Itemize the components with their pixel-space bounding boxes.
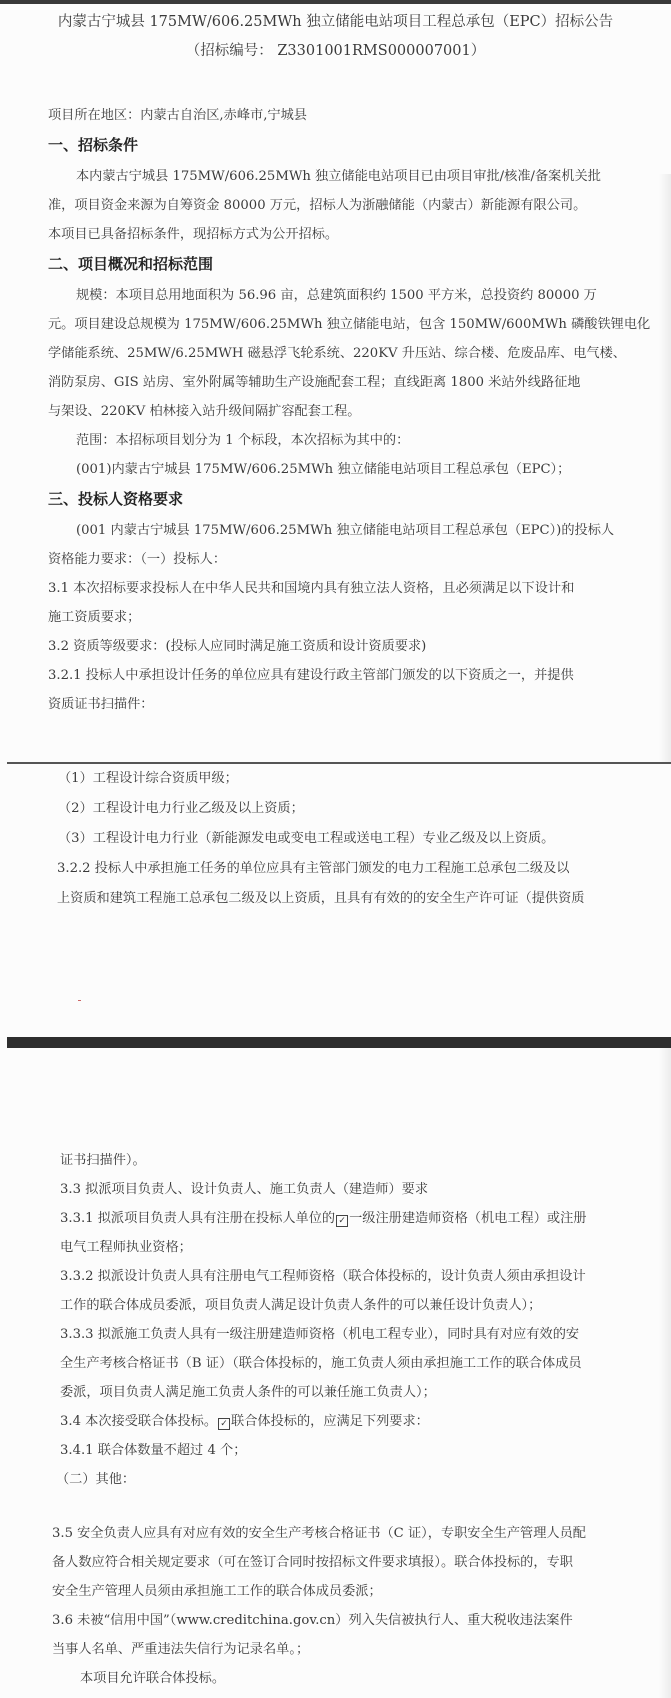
page-edge-shadow (659, 174, 671, 762)
paragraph-line: 资质证书扫描件： (48, 696, 154, 714)
paragraph-line: 安全生产管理人员须由承担施工工作的联合体成员委派； (52, 1583, 382, 1601)
section-heading-3: 三、投标人资格要求 (48, 490, 183, 508)
paragraph-line: 3.4.1 联合体数量不超过 4 个； (60, 1442, 246, 1460)
paragraph-line: 3.5 安全负责人应具有对应有效的安全生产考核合格证书（C 证），专职安全生产管… (52, 1525, 586, 1543)
paragraph-line: 资格能力要求：（一）投标人： (48, 551, 226, 569)
paragraph-line: 元。项目建设总规模为 175MW/606.25MWh 独立储能电站，包含 150… (48, 316, 650, 334)
paragraph-text: 3.4 本次接受联合体投标。 (60, 1414, 217, 1429)
section-heading-2: 二、项目概况和招标范围 (48, 255, 213, 273)
list-item: （2）工程设计电力行业乙级及以上资质； (58, 800, 304, 818)
section-heading-1: 一、招标条件 (48, 136, 138, 154)
document-title: 内蒙古宁城县 175MW/606.25MWh 独立储能电站项目工程总承包（EPC… (0, 13, 671, 31)
page-separator-thick (7, 1037, 671, 1048)
paragraph-line: 上资质和建筑工程施工总承包二级及以上资质，且具有有效的的安全生产许可证（提供资质 (57, 890, 585, 908)
paragraph-line: 3.2.1 投标人中承担设计任务的单位应具有建设行政主管部门颁发的以下资质之一，… (48, 667, 574, 685)
paragraph-line: 准，项目资金来源为自筹资金 80000 万元，招标人为浙融储能（内蒙古）新能源有… (48, 197, 586, 215)
paragraph-line: 当事人名单、严重违法失信行为记录名单。； (52, 1641, 309, 1659)
paragraph-line: 电气工程师执业资格； (60, 1239, 192, 1257)
paragraph-line: 3.2 资质等级要求：(投标人应同时满足施工资质和设计资质要求) (48, 638, 426, 656)
document-page-1: 内蒙古宁城县 175MW/606.25MWh 独立储能电站项目工程总承包（EPC… (0, 4, 671, 762)
paragraph-line: 消防泵房、GIS 站房、室外附属等辅助生产设施配套工程；直线距离 1800 米站… (48, 374, 580, 392)
paragraph-line: 规模：本项目总用地面积为 56.96 亩，总建筑面积约 1500 平方米，总投资… (76, 287, 597, 305)
paragraph-line: 3.4 本次接受联合体投标。✓联合体投标的，应满足下列要求： (60, 1413, 429, 1431)
bid-number: （招标编号： Z3301001RMS000007001） (0, 42, 671, 60)
scan-speck (78, 1000, 81, 1001)
paragraph-line: 3.3.2 拟派设计负责人具有注册电气工程师资格（联合体投标的，设计负责人须由承… (60, 1268, 586, 1286)
paragraph-line: 3.2.2 投标人中承担施工任务的单位应具有主管部门颁发的电力工程施工总承包二级… (57, 860, 570, 878)
paragraph-line: 3.6 未被“信用中国”（www.creditchina.gov.cn）列入失信… (52, 1612, 573, 1630)
paragraph-line: 本项目允许联合体投标。 (80, 1670, 225, 1688)
paragraph-line: 学储能系统、25MW/6.25MWH 磁悬浮飞轮系统、220KV 升压站、综合楼… (48, 345, 626, 363)
paragraph-line: 与架设、220KV 柏林接入站升级间隔扩容配套工程。 (48, 403, 361, 421)
paragraph-text: 联合体投标的，应满足下列要求： (231, 1414, 429, 1429)
paragraph-line: 备人数应符合相关规定要求（可在签订合同时按招标文件要求填报）。联合体投标的，专职 (52, 1554, 573, 1572)
paragraph-line: 范围：本招标项目划分为 1 个标段，本次招标为其中的： (76, 432, 409, 450)
paragraph-line: 本内蒙古宁城县 175MW/606.25MWh 独立储能电站项目已由项目审批/核… (76, 168, 601, 186)
list-item: （3）工程设计电力行业（新能源发电或变电工程或送电工程）专业乙级及以上资质。 (58, 830, 554, 848)
paragraph-line: （二）其他： (56, 1471, 135, 1489)
paragraph-line: 本项目已具备招标条件，现招标方式为公开招标。 (48, 226, 338, 244)
page-edge-shadow (659, 1048, 671, 1698)
paragraph-line: (001 内蒙古宁城县 175MW/606.25MWh 独立储能电站项目工程总承… (76, 522, 614, 540)
paragraph-text: 3.3.1 拟派项目负责人具有注册在投标人单位的 (60, 1211, 335, 1226)
paragraph-text: 一级注册建造师资格（机电工程）或注册 (349, 1211, 586, 1226)
paragraph-line: 3.3.3 拟派施工负责人具有一级注册建造师资格（机电工程专业），同时具有对应有… (60, 1326, 579, 1344)
paragraph-line: 证书扫描件）。 (60, 1152, 146, 1170)
document-page-2: （1）工程设计综合资质甲级； （2）工程设计电力行业乙级及以上资质； （3）工程… (0, 764, 671, 1037)
list-item: （1）工程设计综合资质甲级； (58, 770, 238, 788)
paragraph-line: 全生产考核合格证书（B 证）（联合体投标的，施工负责人须由承担施工工作的联合体成… (60, 1355, 582, 1373)
paragraph-line: 工作的联合体成员委派，项目负责人满足设计负责人条件的可以兼任设计负责人）； (60, 1297, 541, 1315)
checked-box-icon: ✓ (336, 1215, 348, 1227)
paragraph-line: 委派，项目负责人满足施工负责人条件的可以兼任施工负责人）； (60, 1384, 436, 1402)
paragraph-line: (001)内蒙古宁城县 175MW/606.25MWh 独立储能电站项目工程总承… (76, 461, 570, 479)
paragraph-line: 3.3 拟派项目负责人、设计负责人、施工负责人（建造师）要求 (60, 1181, 428, 1199)
project-location: 项目所在地区：内蒙古自治区,赤峰市,宁城县 (48, 107, 307, 125)
paragraph-line: 3.3.1 拟派项目负责人具有注册在投标人单位的✓一级注册建造师资格（机电工程）… (60, 1210, 587, 1228)
document-page-3: 证书扫描件）。 3.3 拟派项目负责人、设计负责人、施工负责人（建造师）要求 3… (0, 1048, 671, 1698)
checked-box-icon: ✓ (218, 1418, 230, 1430)
paragraph-line: 3.1 本次招标要求投标人在中华人民共和国境内具有独立法人资格，且必须满足以下设… (48, 580, 574, 598)
paragraph-line: 施工资质要求； (48, 609, 140, 627)
